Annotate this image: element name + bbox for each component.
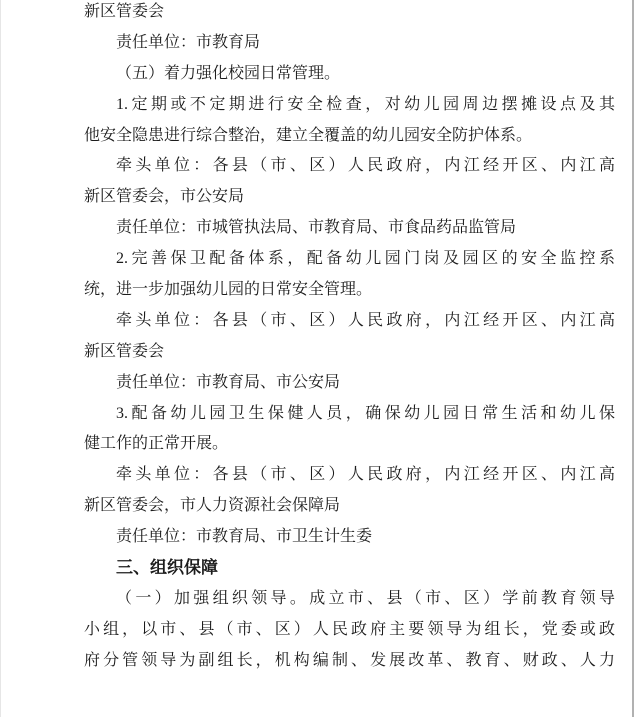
document-line: （一）加强组织领导。成立市、县（市、区）学前教育领导: [84, 584, 615, 615]
document-line: 新区管委会: [84, 337, 615, 368]
document-line: 小组，以市、县（市、区）人民政府主要领导为组长，党委或政: [84, 615, 615, 646]
document-line: 3.配备幼儿园卫生保健人员，确保幼儿园日常生活和幼儿保: [84, 399, 615, 430]
document-line: 牵头单位：各县（市、区）人民政府，内江经开区、内江高: [84, 151, 615, 182]
document-line: 新区管委会，市人力资源社会保障局: [84, 491, 615, 522]
document-line: （五）着力强化校园日常管理。: [84, 59, 615, 90]
document-line: 责任单位：市教育局: [84, 28, 615, 59]
document-line: 健工作的正常开展。: [84, 429, 615, 460]
section-heading: 三、组织保障: [84, 553, 615, 584]
document-lines: 新区管委会责任单位：市教育局（五）着力强化校园日常管理。1.定期或不定期进行安全…: [1, 0, 632, 677]
document-line: 牵头单位：各县（市、区）人民政府，内江经开区、内江高: [84, 460, 615, 491]
document-page: 新区管委会责任单位：市教育局（五）着力强化校园日常管理。1.定期或不定期进行安全…: [0, 0, 634, 717]
document-line: 府分管领导为副组长，机构编制、发展改革、教育、财政、人力: [84, 646, 615, 677]
document-line: 新区管委会: [84, 0, 615, 28]
document-line: 责任单位：市教育局、市公安局: [84, 368, 615, 399]
document-line: 1.定期或不定期进行安全检查，对幼儿园周边摆摊设点及其: [84, 90, 615, 121]
document-line: 2.完善保卫配备体系，配备幼儿园门岗及园区的安全监控系: [84, 244, 615, 275]
document-line: 责任单位：市城管执法局、市教育局、市食品药品监管局: [84, 213, 615, 244]
document-line: 新区管委会，市公安局: [84, 182, 615, 213]
document-line: 责任单位：市教育局、市卫生计生委: [84, 522, 615, 553]
document-line: 他安全隐患进行综合整治，建立全覆盖的幼儿园安全防护体系。: [84, 121, 615, 152]
document-line: 统，进一步加强幼儿园的日常安全管理。: [84, 275, 615, 306]
document-line: 牵头单位：各县（市、区）人民政府，内江经开区、内江高: [84, 306, 615, 337]
